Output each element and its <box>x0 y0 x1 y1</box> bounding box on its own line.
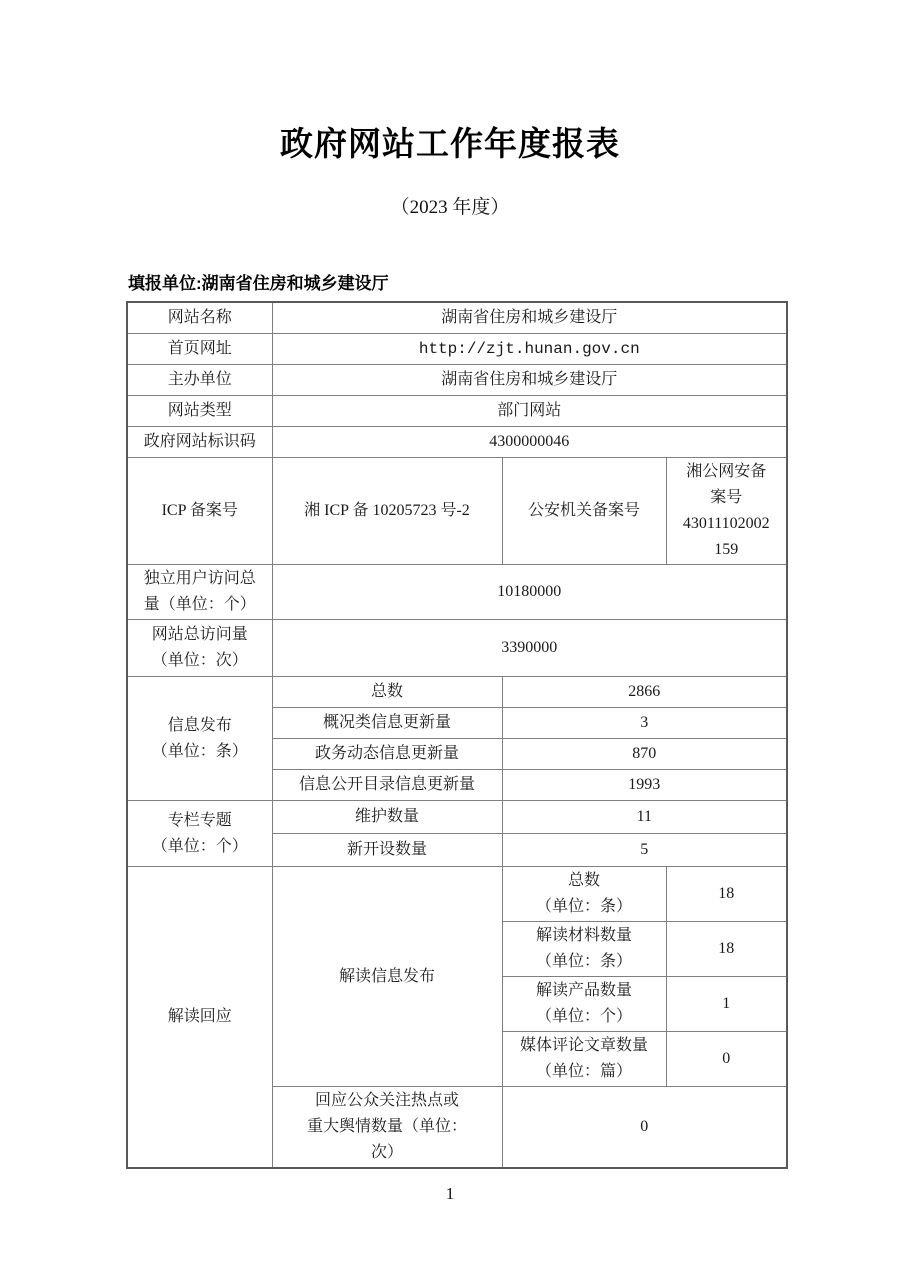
cell-value: 18 <box>666 867 787 922</box>
cell-value: 1993 <box>502 770 787 801</box>
page-number: 1 <box>0 1184 900 1204</box>
cell-label: ICP 备案号 <box>127 458 272 565</box>
table-row-interpret-total: 解读回应 解读信息发布 总数 （单位：条） 18 <box>127 867 787 922</box>
cell-label: 网站名称 <box>127 302 272 334</box>
cell-label: 解读产品数量 （单位：个） <box>502 977 666 1032</box>
cell-label: 政务动态信息更新量 <box>272 739 502 770</box>
annual-report-table: 网站名称 湖南省住房和城乡建设厅 首页网址 http://zjt.hunan.g… <box>126 301 788 1169</box>
table-row-homepage-url: 首页网址 http://zjt.hunan.gov.cn <box>127 334 787 365</box>
cell-label: 总数 <box>272 677 502 708</box>
cell-value: 湘 ICP 备 10205723 号-2 <box>272 458 502 565</box>
cell-value: 0 <box>666 1032 787 1087</box>
cell-value: 湖南省住房和城乡建设厅 <box>272 365 787 396</box>
cell-label: 维护数量 <box>272 801 502 834</box>
table-row-host-unit: 主办单位 湖南省住房和城乡建设厅 <box>127 365 787 396</box>
cell-value: 10180000 <box>272 565 787 620</box>
cell-group-label: 专栏专题 （单位：个） <box>127 801 272 867</box>
cell-label: 独立用户访问总 量（单位：个） <box>127 565 272 620</box>
cell-group-label: 信息发布 （单位：条） <box>127 677 272 801</box>
cell-label: 新开设数量 <box>272 834 502 867</box>
cell-label: 信息公开目录信息更新量 <box>272 770 502 801</box>
cell-value: 3 <box>502 708 787 739</box>
cell-value: 部门网站 <box>272 396 787 427</box>
cell-value: 4300000046 <box>272 427 787 458</box>
cell-value: 11 <box>502 801 787 834</box>
page-title: 政府网站工作年度报表 <box>0 118 900 165</box>
cell-label: 网站类型 <box>127 396 272 427</box>
table-row-columns-maintained: 专栏专题 （单位：个） 维护数量 11 <box>127 801 787 834</box>
document-page: 政府网站工作年度报表 （2023 年度） 填报单位:湖南省住房和城乡建设厅 网站… <box>0 0 900 1272</box>
table-row-info-total: 信息发布 （单位：条） 总数 2866 <box>127 677 787 708</box>
table-row-unique-visitors: 独立用户访问总 量（单位：个） 10180000 <box>127 565 787 620</box>
cell-value: 870 <box>502 739 787 770</box>
cell-value: 3390000 <box>272 620 787 677</box>
table-row-site-name: 网站名称 湖南省住房和城乡建设厅 <box>127 302 787 334</box>
table-row-total-visits: 网站总访问量 （单位：次） 3390000 <box>127 620 787 677</box>
table-row-site-id-code: 政府网站标识码 4300000046 <box>127 427 787 458</box>
cell-label: 主办单位 <box>127 365 272 396</box>
cell-label: 政府网站标识码 <box>127 427 272 458</box>
cell-label: 公安机关备案号 <box>502 458 666 565</box>
cell-value: 0 <box>502 1087 787 1169</box>
cell-label: 首页网址 <box>127 334 272 365</box>
cell-value: 湖南省住房和城乡建设厅 <box>272 302 787 334</box>
cell-label: 概况类信息更新量 <box>272 708 502 739</box>
report-year-subtitle: （2023 年度） <box>0 192 900 219</box>
table-row-site-type: 网站类型 部门网站 <box>127 396 787 427</box>
cell-group-label: 解读回应 <box>127 867 272 1169</box>
cell-label: 回应公众关注热点或 重大舆情数量（单位： 次） <box>272 1087 502 1169</box>
cell-value: 5 <box>502 834 787 867</box>
cell-value: 18 <box>666 922 787 977</box>
cell-value: 2866 <box>502 677 787 708</box>
cell-label: 网站总访问量 （单位：次） <box>127 620 272 677</box>
cell-value: 湘公网安备 案号 43011102002 159 <box>666 458 787 565</box>
cell-value-url: http://zjt.hunan.gov.cn <box>272 334 787 365</box>
reporting-unit-label: 填报单位:湖南省住房和城乡建设厅 <box>128 269 389 294</box>
cell-value: 1 <box>666 977 787 1032</box>
cell-label: 解读材料数量 （单位：条） <box>502 922 666 977</box>
cell-label: 媒体评论文章数量 （单位：篇） <box>502 1032 666 1087</box>
cell-label: 总数 （单位：条） <box>502 867 666 922</box>
table-row-icp: ICP 备案号 湘 ICP 备 10205723 号-2 公安机关备案号 湘公网… <box>127 458 787 565</box>
cell-subgroup-label: 解读信息发布 <box>272 867 502 1087</box>
